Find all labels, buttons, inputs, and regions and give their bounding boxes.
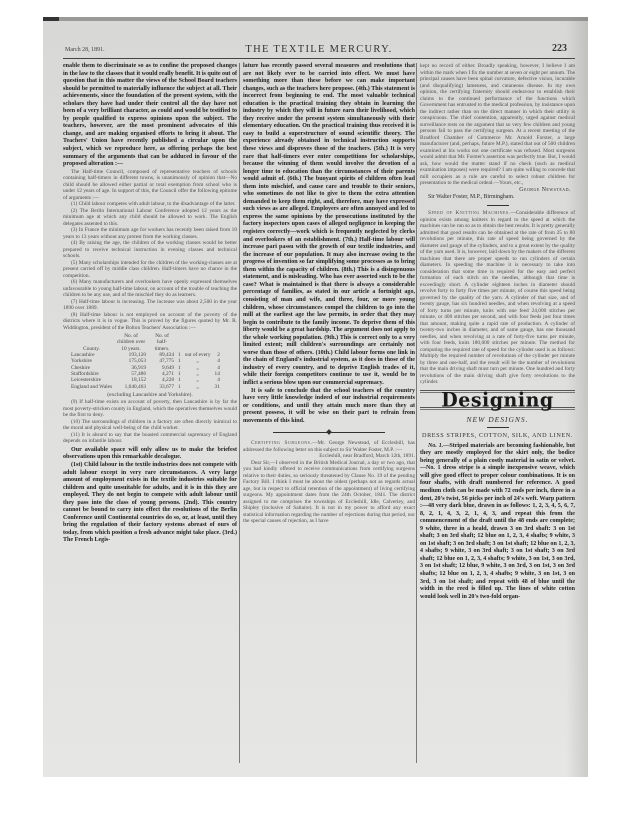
knitting-paragraph: Speed of Knitting Machines.—Considerable… bbox=[420, 210, 575, 386]
short-divider bbox=[487, 205, 509, 207]
table-cell: 1 bbox=[176, 384, 183, 390]
article-subheading: DRESS STRIPES, COTTON, SILK, AND LINEN. bbox=[420, 432, 575, 440]
letter-addressee: Sir Walter Foster, M.P., Birmingham. bbox=[420, 194, 575, 202]
circular-point: (2) The Berlin International Labour Conf… bbox=[63, 208, 237, 228]
letter-lead: Certifying Surgeons. bbox=[251, 440, 312, 446]
table-cell: 33,677 bbox=[148, 384, 176, 390]
masthead: March 28, 1891. THE TEXTILE MERCURY. 223 bbox=[63, 43, 575, 59]
short-divider bbox=[487, 427, 509, 429]
circular-point: (4) By raising the age, the children of … bbox=[63, 240, 237, 260]
circular-point: (3) In France the minimum age for worker… bbox=[63, 227, 237, 240]
table-header: No. of half-timers. bbox=[148, 333, 176, 352]
circular-point: (7) Half-time labour is increasing. The … bbox=[63, 299, 237, 312]
table-cell: 1,040,463 bbox=[114, 384, 148, 390]
article-paragraph: Our available space will only allow us t… bbox=[63, 447, 237, 462]
section-title: Designing bbox=[420, 396, 575, 404]
letter-signature: George Newstead. bbox=[420, 187, 575, 195]
circular-point: (11) It is absurd to say that the boaste… bbox=[63, 432, 237, 445]
column-1: enable them to discriminate so as to con… bbox=[63, 63, 237, 545]
circular-intro: The Half-time Council, composed of repre… bbox=[63, 169, 237, 202]
table-cell: 31 bbox=[213, 384, 222, 390]
page-top-edge bbox=[43, 17, 588, 21]
designing-section: Designing NEW DESIGNS. DRESS STRIPES, CO… bbox=[420, 390, 575, 602]
knitting-body: —Considerable difference of opinion exis… bbox=[420, 210, 575, 385]
table-header: County. bbox=[69, 333, 114, 352]
column-rule bbox=[239, 63, 240, 763]
article-paragraph: enable them to discriminate so as to con… bbox=[63, 63, 237, 169]
publication-title: THE TEXTILE MERCURY. bbox=[63, 44, 575, 55]
table-header: No. of children over 10 years. bbox=[114, 333, 148, 352]
half-timers-table: County. No. of children over 10 years. N… bbox=[69, 333, 222, 390]
circular-point: (1) Child labour competes with adult lab… bbox=[63, 201, 237, 208]
article-heading: NEW DESIGNS. bbox=[420, 416, 575, 424]
circular-point: (10) The surroundings of children in a f… bbox=[63, 419, 237, 432]
article-paragraph: lature has recently passed several measu… bbox=[243, 63, 415, 388]
newspaper-page: March 28, 1891. THE TEXTILE MERCURY. 223… bbox=[43, 17, 588, 777]
knitting-lead: Speed of Knitting Machines. bbox=[428, 210, 511, 216]
article-paragraph: (1st) Child labour in the textile indust… bbox=[63, 462, 237, 545]
letter-intro: Certifying Surgeons.—Mr. George Newstead… bbox=[243, 440, 415, 453]
ornamental-divider bbox=[243, 429, 415, 435]
table-cell: „ bbox=[183, 384, 213, 390]
page-number: 223 bbox=[552, 43, 567, 54]
circular-point: (6) Many manufacturers and overlookers h… bbox=[63, 279, 237, 299]
table-header-row: County. No. of children over 10 years. N… bbox=[69, 333, 222, 352]
designing-lead: No. 1. bbox=[428, 443, 443, 449]
article-paragraph: It is safe to conclude that the school t… bbox=[243, 388, 415, 426]
letter-continuation: kept no record of either. Broadly speaki… bbox=[420, 63, 575, 187]
designing-body: —Striped materials are becoming fashiona… bbox=[420, 443, 575, 600]
circular-point: (9) If half-time exists on account of po… bbox=[63, 399, 237, 419]
table-row: Yorkshire 175,053 47,775 1 „ 4 bbox=[69, 358, 222, 364]
column-3: kept no record of either. Broadly speaki… bbox=[420, 63, 575, 601]
column-2: lature has recently passed several measu… bbox=[243, 63, 415, 525]
table-cell: England and Wales bbox=[69, 384, 114, 390]
letter-body: Dear Sir,—I observed in the British Medi… bbox=[243, 460, 415, 525]
column-rule bbox=[416, 63, 417, 763]
designing-paragraph: No. 1.—Striped materials are becoming fa… bbox=[420, 443, 575, 601]
circular-point: (8) Half-time labour is not employed on … bbox=[63, 312, 237, 332]
circular-point: (5) Many scholarships intended for the c… bbox=[63, 260, 237, 280]
table-row: England and Wales 1,040,463 33,677 1 „ 3… bbox=[69, 384, 222, 390]
table-row: Leicestershire 18,152 4,228 1 „ 4 bbox=[69, 377, 222, 383]
